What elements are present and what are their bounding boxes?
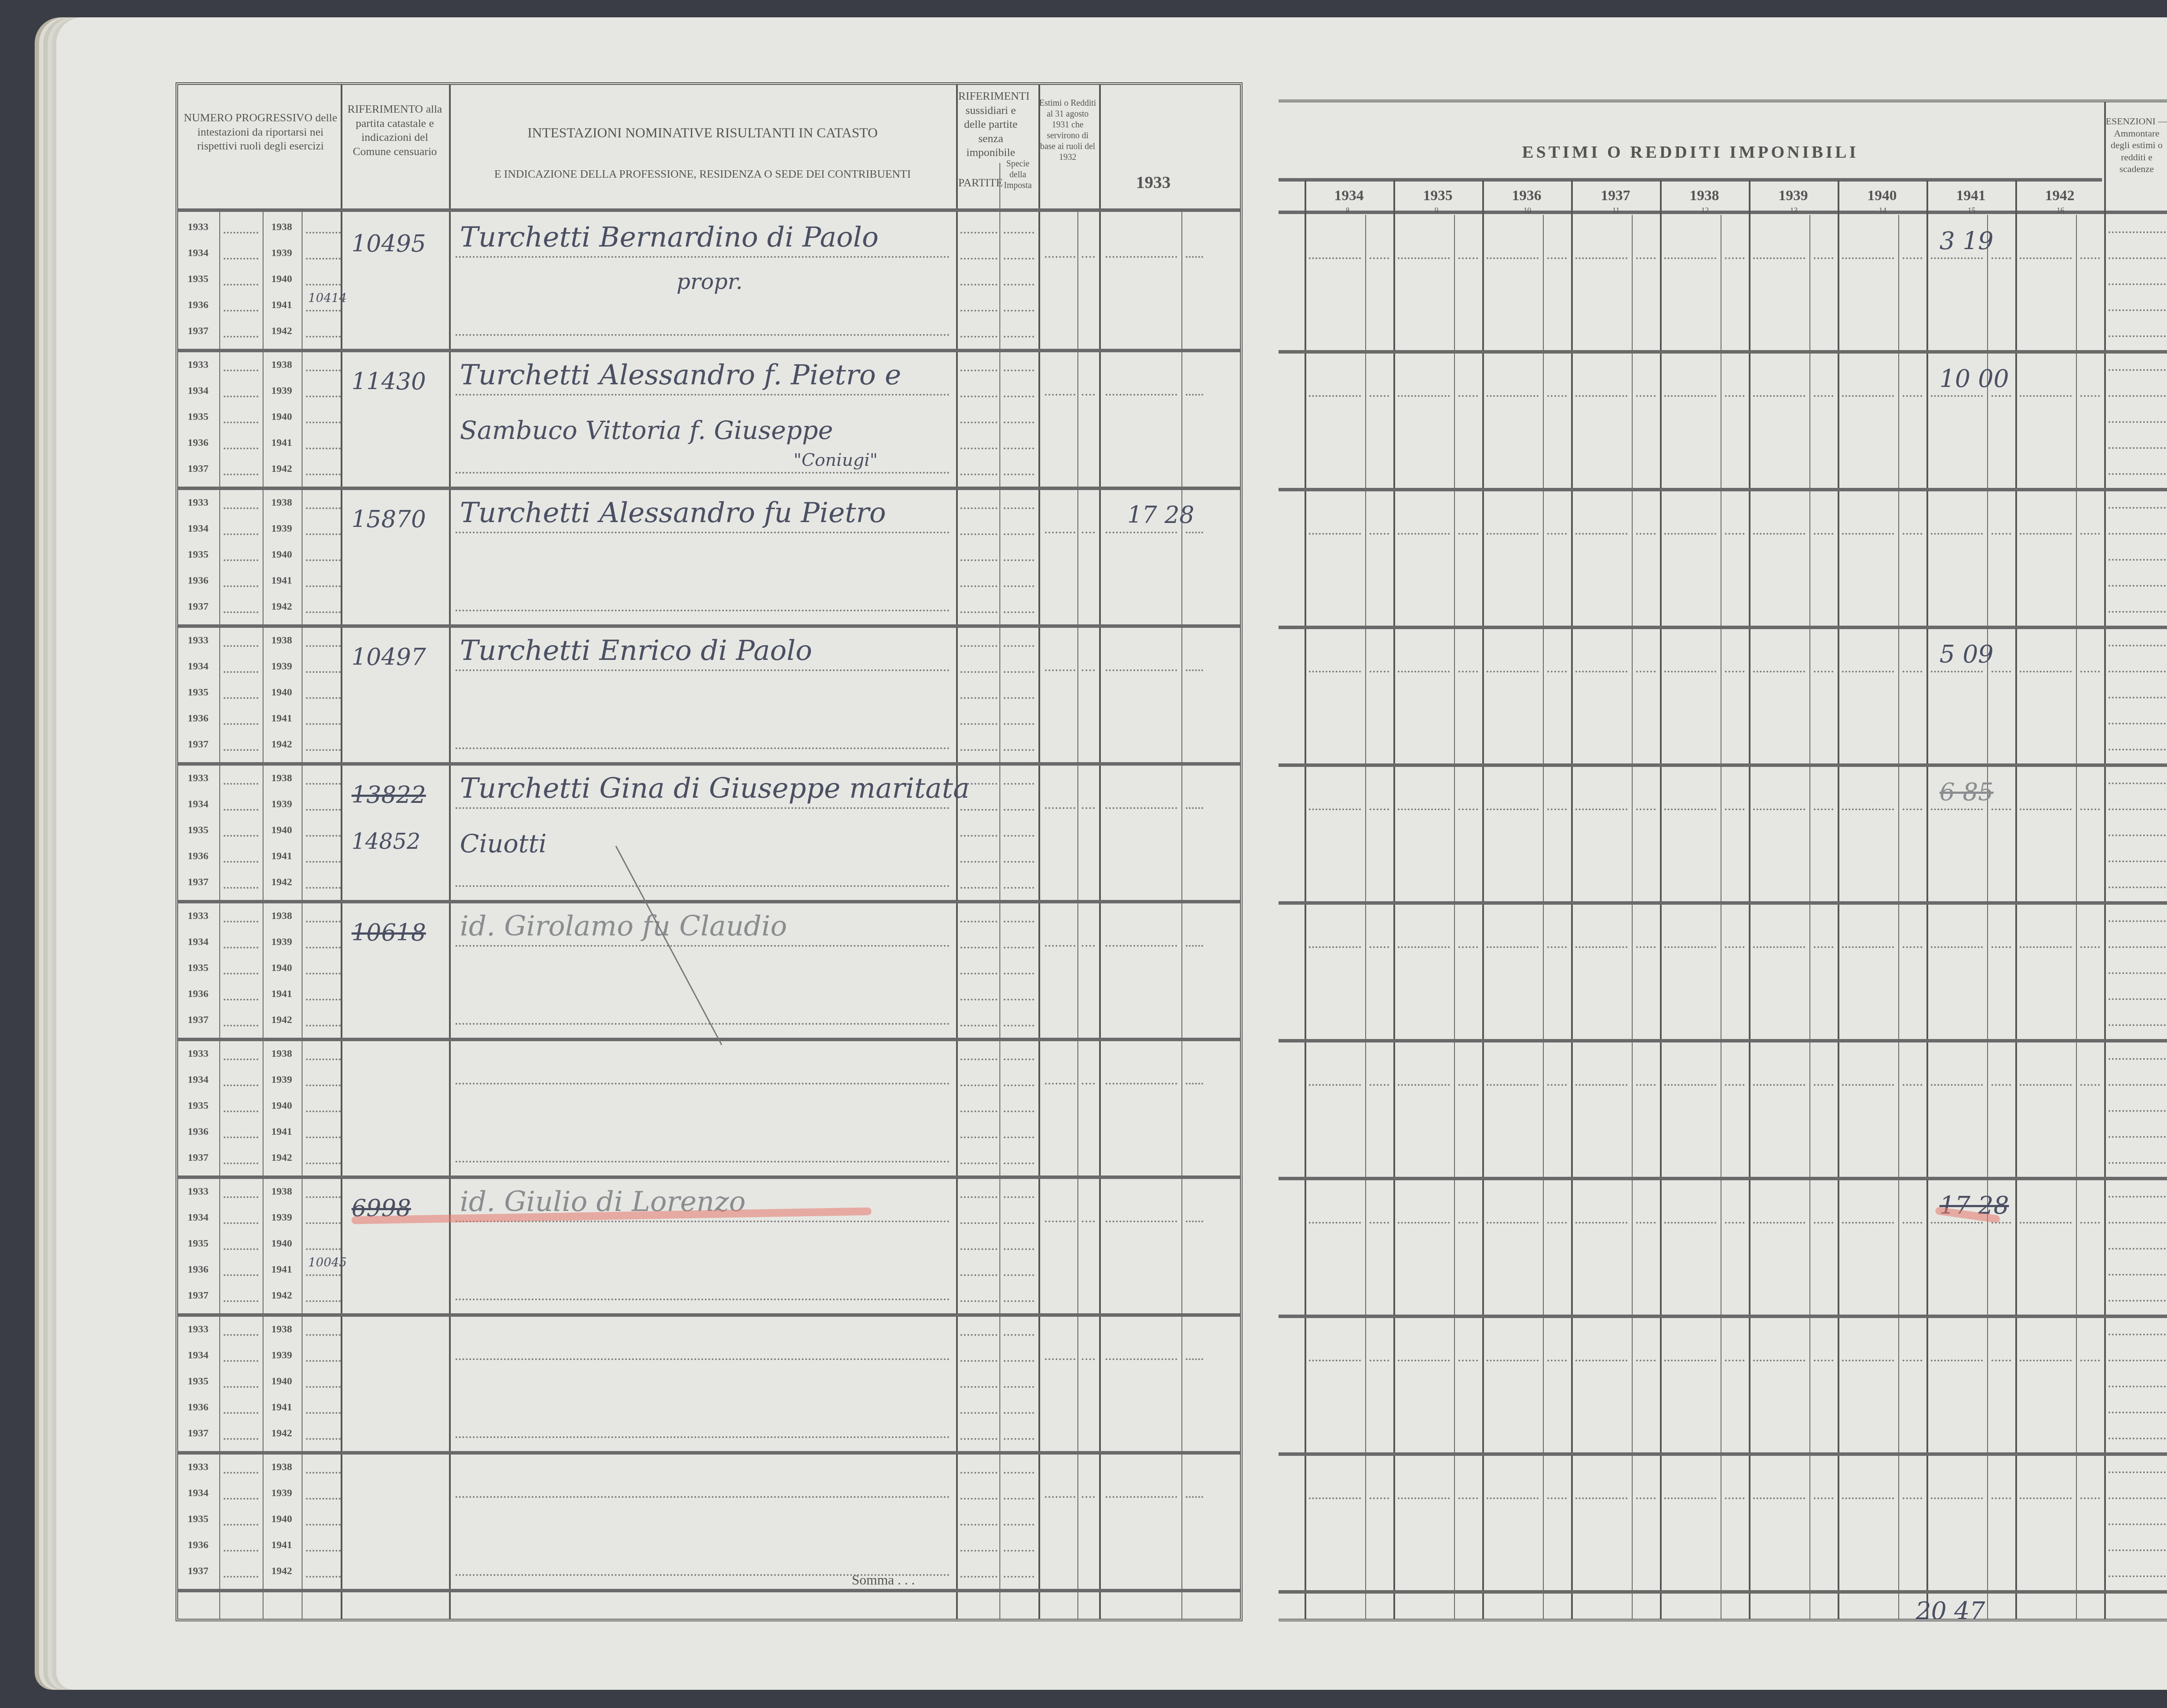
year-label: 1935 (188, 1513, 208, 1525)
estimi-entry (1279, 1316, 2167, 1454)
year-label: 1942 (271, 1428, 292, 1439)
header-riferimenti-sussidiari: RIFERIMENTI sussidiari e delle partite s… (958, 89, 1023, 160)
side-note: 10045 (308, 1255, 347, 1270)
year-label: 1938 (271, 635, 292, 646)
year-label: 1935 (188, 1238, 208, 1250)
taxpayer-name: Turchetti Bernardino di Paolo (460, 221, 879, 253)
year-label: 1936 (188, 988, 208, 1000)
estimi-entry: 6 85 (1279, 765, 2167, 903)
year-label: 1933 (188, 1461, 208, 1473)
value-1941: 6 85 (1939, 778, 1994, 806)
year-header: 1938 (1660, 187, 1749, 205)
year-header: 1940 (1838, 187, 1926, 205)
year-label: 1939 (271, 799, 292, 810)
year-label: 1939 (271, 1350, 292, 1361)
year-label: 1934 (188, 523, 208, 535)
year-label: 1940 (271, 549, 292, 561)
year-label: 1938 (271, 1048, 292, 1060)
year-label: 1941 (271, 575, 292, 587)
register-entry: 1933193819341939193519401936194119371942 (178, 1039, 1240, 1177)
register-entry: 1933193819341939193519401936194119371942… (178, 351, 1240, 488)
year-label: 1937 (188, 739, 208, 750)
year-label: 1939 (271, 247, 292, 259)
year-label: 1934 (188, 936, 208, 948)
estimi-entry (1279, 1454, 2167, 1592)
header-intestazioni-title: INTESTAZIONI NOMINATIVE RISULTANTI IN CA… (456, 124, 950, 141)
year-label: 1938 (271, 359, 292, 371)
estimi-entry (1279, 903, 2167, 1041)
year-label: 1941 (271, 1539, 292, 1551)
year-label: 1935 (188, 687, 208, 698)
year-label: 1934 (188, 1074, 208, 1086)
partita-number: 11430 (351, 368, 426, 395)
estimi-entry: 5 09 (1279, 627, 2167, 765)
year-label: 1940 (271, 1513, 292, 1525)
year-label: 1939 (271, 661, 292, 672)
value-1941: 5 09 (1939, 640, 1994, 669)
taxpayer-name-line2: propr. (677, 269, 742, 294)
taxpayer-name-line2: Ciuotti (460, 829, 547, 858)
year-label: 1935 (188, 273, 208, 285)
year-label: 1940 (271, 1100, 292, 1112)
year-label: 1935 (188, 549, 208, 561)
year-label: 1938 (271, 910, 292, 922)
year-label: 1935 (188, 825, 208, 836)
register-entry: 1933193819341939193519401936194119371942… (178, 213, 1240, 351)
year-label: 1938 (271, 1186, 292, 1198)
header-specie-imposta: Specie della Imposta (999, 159, 1036, 191)
year-label: 1933 (188, 910, 208, 922)
estimi-entry: 17 28 (1279, 1179, 2167, 1316)
taxpayer-name-line3: "Coniugi" (794, 450, 878, 470)
year-label: 1938 (271, 497, 292, 509)
year-label: 1937 (188, 1290, 208, 1302)
partita-number: 10495 (351, 230, 426, 257)
footer-total-1941: 20 47 (1916, 1597, 1985, 1625)
register-entry: 1933193819341939193519401936194119371942… (178, 902, 1240, 1039)
esenzioni-header: ESENZIONI — Ammontare degli estimi o red… (2104, 115, 2167, 175)
partita-number-new: 14852 (351, 829, 420, 854)
somma-label: Somma . . . (785, 1571, 915, 1588)
year-label: 1942 (271, 1290, 292, 1302)
year-label: 1933 (188, 1048, 208, 1060)
header-1933: 1933 (1110, 172, 1197, 193)
year-label: 1941 (271, 437, 292, 449)
year-label: 1935 (188, 962, 208, 974)
year-header: 1934 (1305, 187, 1393, 205)
header-numero-progressivo: NUMERO PROGRESSIVO delle intestazioni da… (182, 111, 338, 153)
header-intestazioni-sub: E INDICAZIONE DELLA PROFESSIONE, RESIDEN… (456, 167, 950, 182)
year-label: 1942 (271, 463, 292, 475)
year-label: 1940 (271, 825, 292, 836)
year-label: 1936 (188, 1264, 208, 1276)
year-label: 1935 (188, 1376, 208, 1387)
taxpayer-name: Turchetti Gina di Giuseppe maritata (460, 773, 970, 805)
year-label: 1941 (271, 988, 292, 1000)
header-riferimento: RIFERIMENTO alla partita catastale e ind… (345, 102, 445, 159)
year-label: 1942 (271, 325, 292, 337)
year-label: 1934 (188, 385, 208, 397)
year-label: 1933 (188, 635, 208, 646)
year-label: 1942 (271, 1152, 292, 1164)
register-entry: 1933193819341939193519401936194119371942 (178, 1315, 1240, 1453)
taxpayer-name: Turchetti Alessandro f. Pietro e (460, 359, 901, 391)
year-label: 1940 (271, 687, 292, 698)
year-label: 1941 (271, 1126, 292, 1138)
year-label: 1940 (271, 1238, 292, 1250)
year-label: 1937 (188, 601, 208, 613)
value-1941: 3 19 (1939, 227, 1994, 255)
year-label: 1938 (271, 221, 292, 233)
year-label: 1941 (271, 299, 292, 311)
year-label: 1938 (271, 1461, 292, 1473)
year-label: 1939 (271, 936, 292, 948)
year-label: 1942 (271, 739, 292, 750)
year-header: 1942 (2015, 187, 2104, 205)
year-label: 1935 (188, 411, 208, 423)
year-label: 1936 (188, 575, 208, 587)
year-header: 1937 (1571, 187, 1660, 205)
year-header: 1935 (1393, 187, 1482, 205)
year-label: 1939 (271, 385, 292, 397)
year-label: 1937 (188, 1428, 208, 1439)
year-label: 1941 (271, 1264, 292, 1276)
register-entry: 1933193819341939193519401936194119371942… (178, 1177, 1240, 1315)
year-label: 1942 (271, 877, 292, 888)
year-label: 1937 (188, 1152, 208, 1164)
taxpayer-name: id. Girolamo fu Claudio (460, 910, 787, 942)
year-label: 1941 (271, 1402, 292, 1413)
year-label: 1936 (188, 437, 208, 449)
register-entry: 1933193819341939193519401936194119371942… (178, 626, 1240, 764)
value-1933: 17 28 (1127, 501, 1194, 529)
year-label: 1936 (188, 851, 208, 862)
taxpayer-name-line2: Sambuco Vittoria f. Giuseppe (460, 416, 833, 445)
form-identifier: Mod. 111 - Imposte Dirette (Intercalare)… (2106, 71, 2167, 84)
year-label: 1933 (188, 497, 208, 509)
year-label: 1936 (188, 1126, 208, 1138)
year-label: 1942 (271, 1014, 292, 1026)
partita-number: 10497 (351, 643, 426, 671)
partita-number: 15870 (351, 506, 426, 533)
year-label: 1936 (188, 299, 208, 311)
year-label: 1934 (188, 799, 208, 810)
year-label: 1937 (188, 325, 208, 337)
year-label: 1937 (188, 877, 208, 888)
left-register-table: NUMERO PROGRESSIVO delle intestazioni da… (176, 82, 1243, 1621)
year-label: 1933 (188, 1324, 208, 1335)
year-label: 1936 (188, 1539, 208, 1551)
year-label: 1934 (188, 1350, 208, 1361)
year-label: 1941 (271, 851, 292, 862)
year-label: 1940 (271, 411, 292, 423)
year-label: 1934 (188, 661, 208, 672)
year-label: 1935 (188, 1100, 208, 1112)
year-label: 1934 (188, 1487, 208, 1499)
year-label: 1942 (271, 1565, 292, 1577)
year-label: 1939 (271, 1487, 292, 1499)
year-label: 1940 (271, 273, 292, 285)
year-header: 1939 (1749, 187, 1838, 205)
value-1941: 10 00 (1939, 365, 2009, 393)
side-note: 10414 (308, 291, 347, 305)
year-label: 1937 (188, 463, 208, 475)
left-page: NUMERO PROGRESSIVO delle intestazioni da… (56, 17, 1274, 1690)
estimi-entry: 3 19 (1279, 214, 2167, 352)
year-label: 1939 (271, 523, 292, 535)
year-label: 1933 (188, 773, 208, 784)
register-entry: 1933193819341939193519401936194119371942… (178, 488, 1240, 626)
year-label: 1936 (188, 713, 208, 724)
year-label: 1939 (271, 1212, 292, 1224)
year-label: 1940 (271, 1376, 292, 1387)
year-label: 1934 (188, 247, 208, 259)
estimi-entry (1279, 1041, 2167, 1179)
year-label: 1933 (188, 1186, 208, 1198)
partita-number: 10618 (351, 919, 426, 946)
year-label: 1941 (271, 713, 292, 724)
register-entry: 1933193819341939193519401936194119371942 (178, 1453, 1240, 1591)
year-label: 1942 (271, 601, 292, 613)
year-label: 1938 (271, 773, 292, 784)
year-header: 1941 (1926, 187, 2015, 205)
estimi-title: ESTIMI O REDDITI IMPONIBILI (1279, 141, 2102, 163)
year-label: 1933 (188, 221, 208, 233)
year-label: 1936 (188, 1402, 208, 1413)
right-register-table: ESTIMI O REDDITI IMPONIBILI ESENZIONI — … (1279, 100, 2167, 1621)
year-label: 1937 (188, 1014, 208, 1026)
year-label: 1940 (271, 962, 292, 974)
year-label: 1937 (188, 1565, 208, 1577)
year-label: 1934 (188, 1212, 208, 1224)
year-header: 1936 (1482, 187, 1571, 205)
partita-number: 13822 (351, 781, 426, 809)
right-page: Mod. 111 - Imposte Dirette (Intercalare)… (1274, 17, 2167, 1690)
header-estimi-1931: Estimi o Redditi al 31 agosto 1931 che s… (1038, 98, 1097, 163)
taxpayer-name: Turchetti Alessandro fu Pietro (460, 497, 886, 529)
year-label: 1939 (271, 1074, 292, 1086)
estimi-entry (1279, 490, 2167, 627)
taxpayer-name: Turchetti Enrico di Paolo (460, 635, 812, 667)
estimi-entry: 10 00 (1279, 352, 2167, 490)
header-partite: PARTITE (958, 176, 999, 190)
register-entry: 1933193819341939193519401936194119371942… (178, 764, 1240, 902)
year-label: 1938 (271, 1324, 292, 1335)
year-label: 1933 (188, 359, 208, 371)
